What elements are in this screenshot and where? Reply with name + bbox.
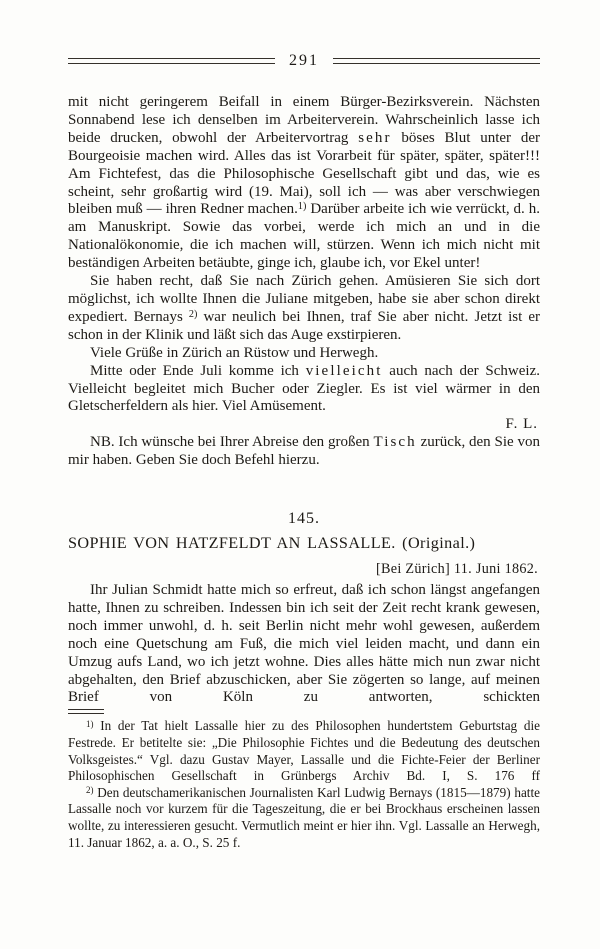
paragraph-nb: NB. Ich wünsche bei Ihrer Abreise den gr… [68, 434, 540, 470]
footnote-2: 2) Den deutschamerikanischen Journaliste… [68, 785, 540, 851]
header-rule-left [68, 58, 275, 64]
letter-lassalle: mit nicht geringerem Beifall in einem Bü… [68, 94, 540, 470]
section-number: 145. [68, 510, 540, 528]
section-heading: SOPHIE VON HATZFELDT AN LASSALLE. (Origi… [68, 534, 540, 552]
paragraph-schweiz: Mitte oder Ende Juli komme ich vielleich… [68, 363, 540, 417]
paragraph-zurich: Sie haben recht, daß Sie nach Zürich geh… [68, 273, 540, 345]
signature: F. L. [68, 416, 540, 434]
footnote-block: 1) In der Tat hielt Lassalle hier zu des… [68, 709, 540, 851]
paragraph-continuation: mit nicht geringerem Beifall in einem Bü… [68, 94, 540, 273]
book-page: 291 mit nicht geringerem Beifall in eine… [0, 0, 600, 949]
header-rule-right [333, 58, 540, 64]
letter-hatzfeldt: 145. SOPHIE VON HATZFELDT AN LASSALLE. (… [68, 510, 540, 707]
footnote-divider [68, 709, 104, 714]
page-number: 291 [287, 52, 321, 69]
paragraph-gruesse: Viele Grüße in Zürich an Rüstow und Herw… [68, 345, 540, 363]
dateline: [Bei Zürich] 11. Juni 1862. [68, 561, 540, 577]
footnote-1: 1) In der Tat hielt Lassalle hier zu des… [68, 718, 540, 784]
running-head: 291 [68, 52, 540, 69]
paragraph-opening: Ihr Julian Schmidt hatte mich so erfreut… [68, 582, 540, 707]
text-block: 291 mit nicht geringerem Beifall in eine… [68, 52, 540, 851]
